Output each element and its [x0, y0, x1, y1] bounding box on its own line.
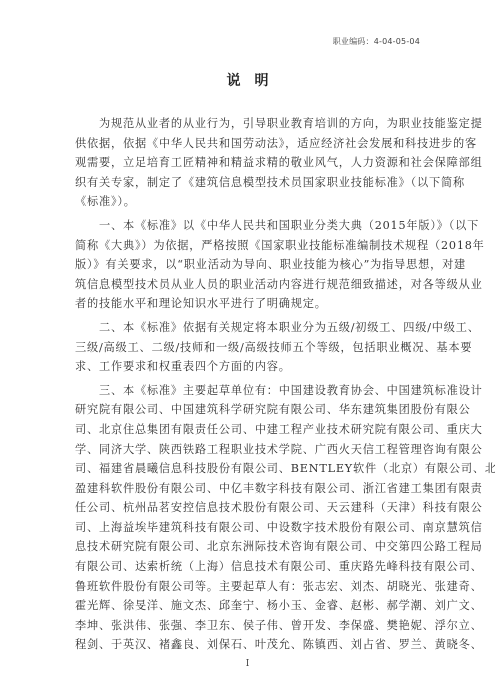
text-line: 司、上海益埃毕建筑科技有限公司、中设数字技术股份有限公司、南京慧筑信 [75, 518, 421, 538]
text-line: 任公司、杭州品茗安控信息技术股份有限公司、天云建科（天津）科技有限公 [75, 498, 421, 518]
text-line: 观需要，立足培育工匠精神和精益求精的敬业风气，人力资源和社会保障部组 [75, 153, 421, 173]
text-line: 学、同济大学、陕西铁路工程职业技术学院、广西火天信工程管理咨询有限公 [75, 440, 421, 460]
text-line: 为规范从业者的从业行为，引导职业教育培训的方向，为职业技能鉴定提 [75, 114, 421, 134]
text-line: 霍光辉、徐旻洋、施文杰、邱奎宁、杨小玉、金睿、赵彬、郝学潮、刘广文、 [75, 596, 421, 616]
text-line: 《标准》）。 [75, 192, 421, 212]
text-line: 司、福建省晨曦信息科技股份有限公司、BENTLEY软件（北京）有限公司、北京 [75, 459, 421, 479]
text-line: 供依据，依据《中华人民共和国劳动法》，适应经济社会发展和科技进步的客 [75, 134, 421, 154]
text-line: 三级/高级工、二级/技师和一级/高级技师五个等级，包括职业概况、基本要 [75, 338, 421, 358]
occupation-code: 职业编码：4-04-05-04 [333, 36, 420, 47]
paragraph-three: 三、本《标准》主要起草单位有：中国建设教育协会、中国建筑标准设计 研究院有限公司… [75, 381, 421, 655]
text-line: 一、本《标准》以《中华人民共和国职业分类大典（2015年版）》（以下 [75, 216, 421, 236]
page-title: 说明 [0, 70, 495, 90]
text-line: 织有关专家，制定了《建筑信息模型技术员国家职业技能标准》（以下简称 [75, 173, 421, 193]
text-line: 求、工作要求和权重表四个方面的内容。 [75, 357, 421, 377]
text-line: 盈建科软件股份有限公司、中亿丰数字科技有限公司、浙江省建工集团有限责 [75, 479, 421, 499]
text-line: 李坤、张洪伟、张强、李卫东、侯子伟、曾开发、李保盛、樊艳妮、浮尔立、 [75, 616, 421, 636]
text-line: 筑信息模型技术员从业人员的职业活动内容进行规范细致描述，对各等级从业 [75, 275, 421, 295]
text-line: 版）》有关要求，以“职业活动为导向、职业技能为核心”为指导思想，对建 [75, 255, 421, 275]
page-number: I [0, 659, 495, 669]
text-line: 者的技能水平和理论知识水平进行了明确规定。 [75, 294, 421, 314]
paragraph-one: 一、本《标准》以《中华人民共和国职业分类大典（2015年版）》（以下 简称《大典… [75, 216, 421, 314]
text-line: 三、本《标准》主要起草单位有：中国建设教育协会、中国建筑标准设计 [75, 381, 421, 401]
text-line: 简称《大典》）为依据，严格按照《国家职业技能标准编制技术规程（2018年 [75, 236, 421, 256]
document-body: 为规范从业者的从业行为，引导职业教育培训的方向，为职业技能鉴定提 供依据，依据《… [75, 114, 421, 655]
paragraph-intro: 为规范从业者的从业行为，引导职业教育培训的方向，为职业技能鉴定提 供依据，依据《… [75, 114, 421, 212]
text-line: 鲁班软件股份有限公司等。主要起草人有：张志宏、刘杰、胡晓光、张建奇、 [75, 577, 421, 597]
text-line: 司、北京住总集团有限责任公司、中建工程产业技术研究院有限公司、重庆大 [75, 420, 421, 440]
paragraph-two: 二、本《标准》依据有关规定将本职业分为五级/初级工、四级/中级工、 三级/高级工… [75, 318, 421, 377]
text-line: 程剑、于英汉、褚鑫良、刘保石、叶茂允、陈镇西、刘占省、罗兰、黄晓冬、 [75, 635, 421, 655]
text-line: 息技术研究院有限公司、北京东洲际技术咨询有限公司、中交第四公路工程局 [75, 537, 421, 557]
text-line: 研究院有限公司、中国建筑科学研究院有限公司、华东建筑集团股份有限公 [75, 400, 421, 420]
text-line: 二、本《标准》依据有关规定将本职业分为五级/初级工、四级/中级工、 [75, 318, 421, 338]
text-line: 有限公司、达索析统（上海）信息技术有限公司、重庆路先峰科技有限公司、 [75, 557, 421, 577]
